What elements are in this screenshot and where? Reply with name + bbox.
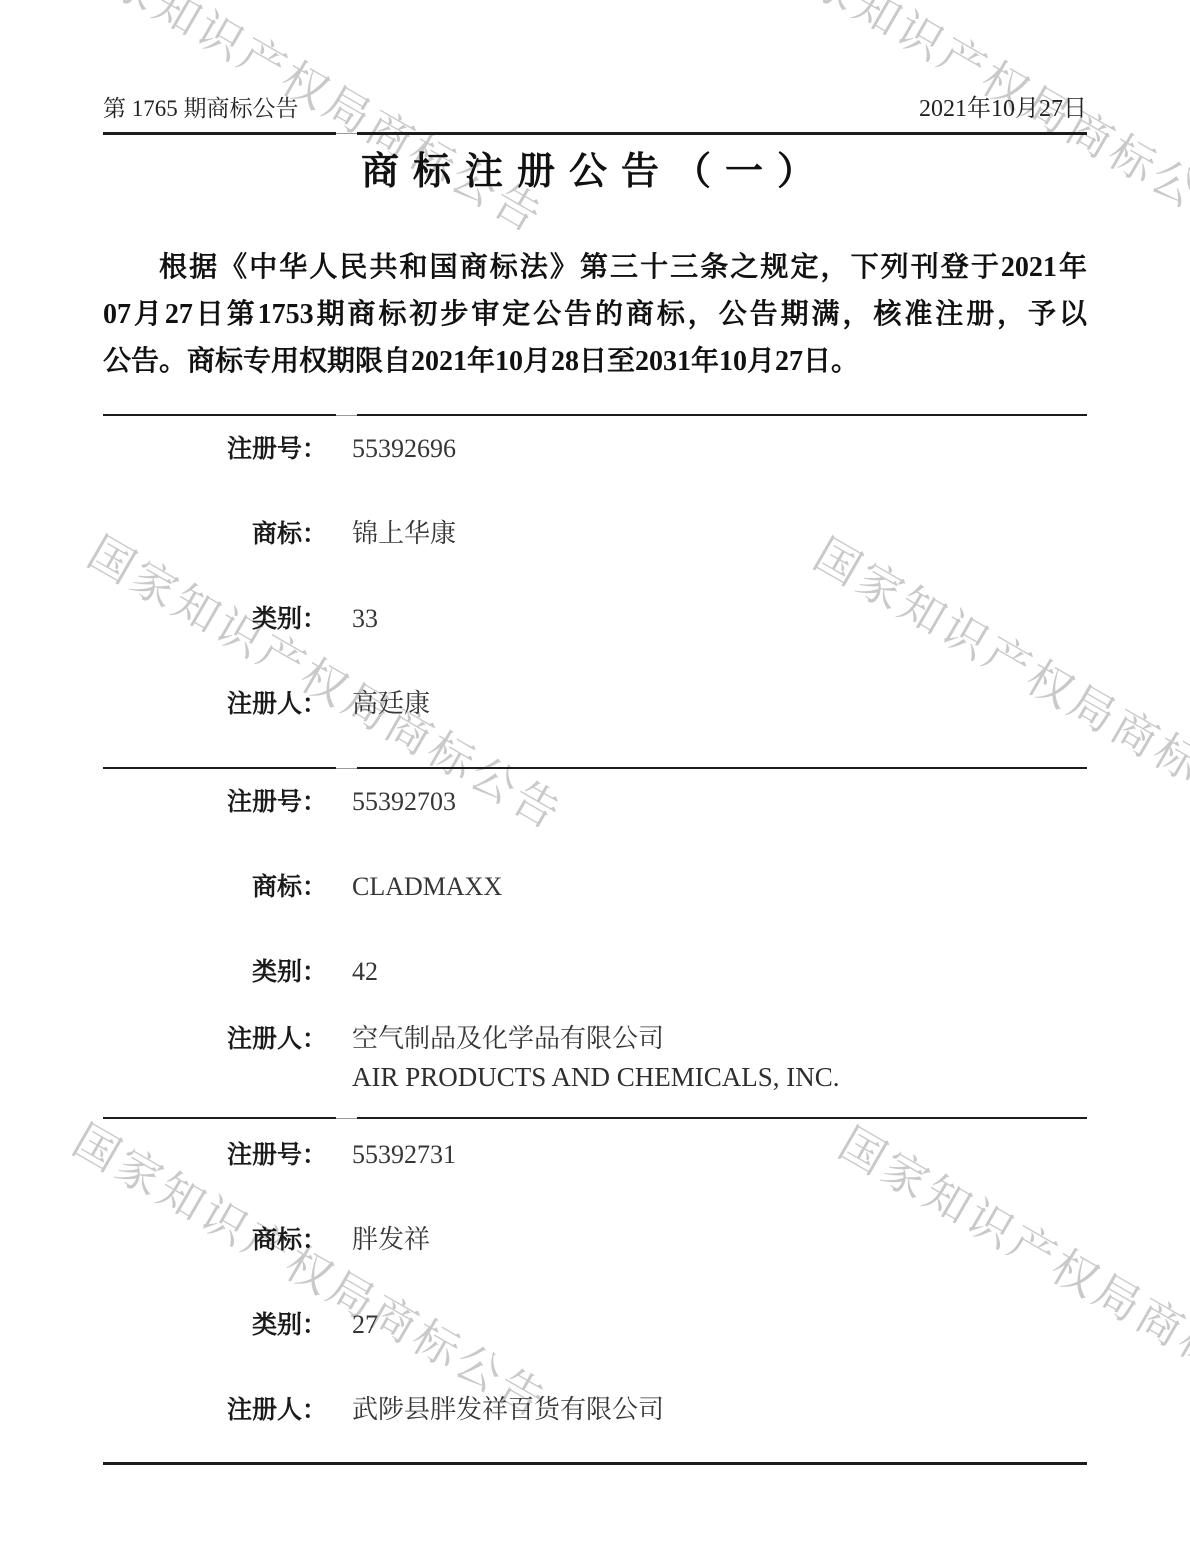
field-row-registrant: 注册人： 空气制品及化学品有限公司 AIR PRODUCTS AND CHEMI…	[103, 1024, 1087, 1092]
field-label-mark: 商标：	[103, 872, 327, 902]
field-label-reg-no: 注册号：	[103, 787, 327, 817]
field-row-class: 类别： 33	[103, 604, 1087, 634]
field-label-reg-no: 注册号：	[103, 434, 327, 464]
field-label-class: 类别：	[103, 957, 327, 987]
rule-segment	[336, 415, 357, 416]
field-row-mark: 商标： CLADMAXX	[103, 872, 1087, 902]
field-value-mark: 锦上华康	[352, 519, 456, 549]
field-value-class: 33	[352, 604, 378, 634]
trademark-entry: 注册号： 55392703 商标： CLADMAXX 类别： 42 注册人： 空…	[103, 787, 1087, 1092]
field-value-reg-no: 55392696	[352, 434, 456, 464]
rule-segment	[336, 768, 357, 769]
field-label-registrant: 注册人：	[103, 689, 327, 719]
field-label-reg-no: 注册号：	[103, 1140, 327, 1170]
issue-label: 第 1765 期商标公告	[103, 95, 299, 123]
field-label-registrant: 注册人：	[103, 1395, 327, 1425]
trademark-entry: 注册号： 55392731 商标： 胖发祥 类别： 27 注册人： 武陟县胖发祥…	[103, 1140, 1087, 1425]
rule-segment	[103, 414, 336, 416]
trademark-entry: 注册号： 55392696 商标： 锦上华康 类别： 33 注册人： 高廷康	[103, 434, 1087, 719]
header-rule	[103, 132, 1087, 135]
rule-segment	[357, 132, 1087, 135]
field-row-mark: 商标： 胖发祥	[103, 1225, 1087, 1255]
rule-segment	[103, 132, 336, 135]
rule-segment	[336, 1118, 357, 1119]
page-content: 第 1765 期商标公告 2021年10月27日 商标注册公告（一） 根据《中华…	[0, 0, 1190, 1564]
entry-separator	[103, 414, 1087, 416]
field-label-mark: 商标：	[103, 1225, 327, 1255]
registrant-name-cn: 空气制品及化学品有限公司	[352, 1024, 840, 1054]
field-row-class: 类别： 27	[103, 1310, 1087, 1340]
field-value-registrant: 高廷康	[352, 689, 430, 719]
intro-line: 根据《中华人民共和国商标法》第三十三条之规定，下列刊登于2021年	[103, 244, 1087, 291]
entry-separator	[103, 767, 1087, 769]
field-label-class: 类别：	[103, 1310, 327, 1340]
page-title: 商标注册公告（一）	[103, 149, 1087, 195]
field-label-class: 类别：	[103, 604, 327, 634]
page-bottom-rule	[103, 1462, 1087, 1465]
entry-separator	[103, 1117, 1087, 1119]
field-row-class: 类别： 42	[103, 957, 1087, 987]
rule-segment	[103, 767, 336, 769]
intro-paragraph: 根据《中华人民共和国商标法》第三十三条之规定，下列刊登于2021年 07月27日…	[103, 244, 1087, 385]
field-value-registrant: 空气制品及化学品有限公司 AIR PRODUCTS AND CHEMICALS,…	[352, 1024, 840, 1092]
document-page: 国家知识产权局商标公告 国家知识产权局商标公告 国家知识产权局商标公告 国家知识…	[0, 0, 1190, 1564]
field-row-reg-no: 注册号： 55392696	[103, 434, 1087, 464]
field-row-registrant: 注册人： 武陟县胖发祥百货有限公司	[103, 1395, 1087, 1425]
field-value-mark: CLADMAXX	[352, 872, 502, 902]
intro-line: 07月27日第1753期商标初步审定公告的商标，公告期满，核准注册，予以	[103, 291, 1087, 338]
field-value-reg-no: 55392703	[352, 787, 456, 817]
field-value-registrant: 武陟县胖发祥百货有限公司	[352, 1395, 664, 1425]
publication-date: 2021年10月27日	[919, 95, 1087, 123]
field-value-class: 42	[352, 957, 378, 987]
page-header: 第 1765 期商标公告 2021年10月27日	[103, 95, 1087, 123]
rule-segment	[103, 1117, 336, 1119]
field-row-reg-no: 注册号： 55392731	[103, 1140, 1087, 1170]
rule-segment	[336, 133, 357, 134]
field-label-mark: 商标：	[103, 519, 327, 549]
field-label-registrant: 注册人：	[103, 1024, 327, 1054]
rule-segment	[357, 767, 1087, 769]
field-value-reg-no: 55392731	[352, 1140, 456, 1170]
field-row-registrant: 注册人： 高廷康	[103, 689, 1087, 719]
field-value-class: 27	[352, 1310, 378, 1340]
intro-line: 公告。商标专用权期限自2021年10月28日至2031年10月27日。	[103, 338, 1087, 385]
registrant-name-en: AIR PRODUCTS AND CHEMICALS, INC.	[352, 1062, 840, 1092]
rule-segment	[357, 1117, 1087, 1119]
field-row-mark: 商标： 锦上华康	[103, 519, 1087, 549]
field-row-reg-no: 注册号： 55392703	[103, 787, 1087, 817]
field-value-mark: 胖发祥	[352, 1225, 430, 1255]
rule-segment	[357, 414, 1087, 416]
